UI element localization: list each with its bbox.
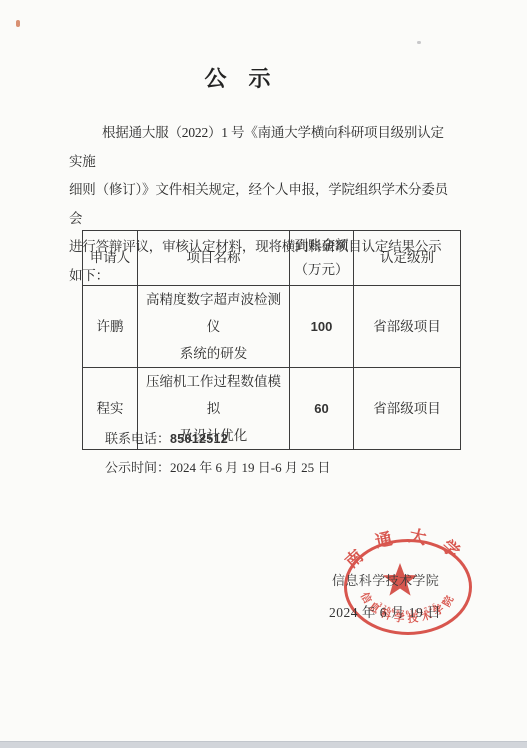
cell-amount: 100 xyxy=(290,286,354,368)
header-applicant: 申请人 xyxy=(83,231,138,286)
seal-university-text: 南通大学 xyxy=(341,525,475,572)
contact-phone-line: 联系电话：85012512 xyxy=(105,428,228,447)
scan-speck-red xyxy=(16,20,20,27)
announcement-page: 公 示 根据通大服（2022）1 号《南通大学横向科研项目级别认定实施 细则（修… xyxy=(0,0,527,748)
cell-level: 省部级项目 xyxy=(354,368,461,450)
header-project: 项目名称 xyxy=(138,231,290,286)
signature-department: 信息科学技术学院 xyxy=(332,570,439,589)
scan-bottom-edge xyxy=(0,741,527,748)
phone-label: 联系电话： xyxy=(105,431,170,446)
cell-project: 高精度数字超声波检测仪 系统的研发 xyxy=(138,286,290,368)
period-value: 2024 年 6 月 19 日-6 月 25 日 xyxy=(170,460,330,475)
projects-table: 申请人 项目名称 到账金额 （万元） 认定级别 许鹏 高精度数字超声波检测仪 系… xyxy=(82,230,461,450)
cell-amount: 60 xyxy=(290,368,354,450)
page-title: 公 示 xyxy=(0,62,475,93)
signature-date: 2024 年 6 月 19 日 xyxy=(329,601,441,621)
phone-value: 85012512 xyxy=(170,432,228,446)
header-amount: 到账金额 （万元） xyxy=(290,231,354,286)
table-header-row: 申请人 项目名称 到账金额 （万元） 认定级别 xyxy=(83,231,461,286)
period-label: 公示时间： xyxy=(105,460,170,475)
cell-applicant: 许鹏 xyxy=(83,286,138,368)
table-row: 许鹏 高精度数字超声波检测仪 系统的研发 100 省部级项目 xyxy=(83,286,461,368)
announcement-period-line: 公示时间：2024 年 6 月 19 日-6 月 25 日 xyxy=(105,457,330,476)
scan-speck-gray xyxy=(417,41,421,44)
cell-level: 省部级项目 xyxy=(354,286,461,368)
header-level: 认定级别 xyxy=(354,231,461,286)
